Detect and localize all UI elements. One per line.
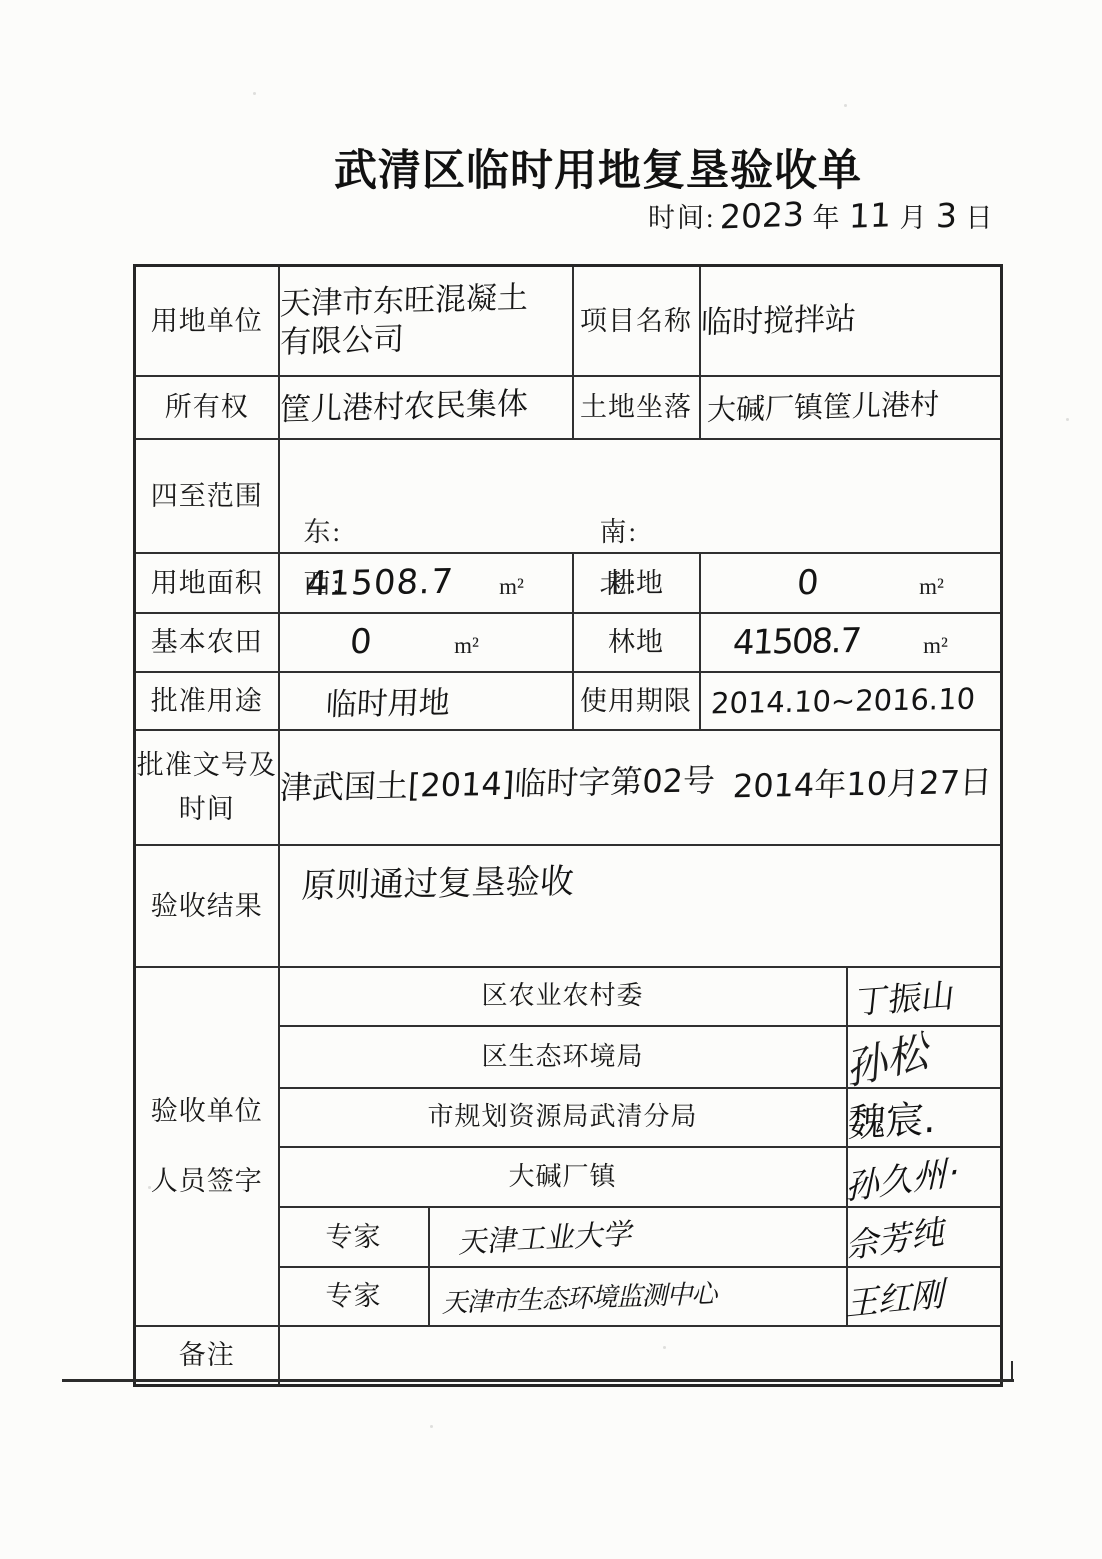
use-period-label: 使用期限 xyxy=(573,672,700,730)
forest-value-cell: 41508.7 m² xyxy=(700,613,1002,672)
date-day-handwritten: 3 xyxy=(935,196,957,236)
row-approval-doc: 批准文号及 时间 津武国土[2014]临时字第02号 2014年10月27日 xyxy=(135,730,1002,845)
date-year-unit: 年 xyxy=(813,196,840,235)
signature-agriculture: 丁振山 xyxy=(853,969,957,1023)
ownership-label: 所有权 xyxy=(135,376,279,439)
forest-value: 41508.7 xyxy=(731,621,860,663)
land-user-value-cell: 天津市东旺混凝土 有限公司 xyxy=(279,266,573,376)
scan-speck xyxy=(844,104,847,107)
row-approved-use: 批准用途 临时用地 使用期限 2014.10~2016.10 xyxy=(135,672,1002,730)
signature-cell-planning: 魏宸. xyxy=(847,1088,1002,1147)
scan-speck xyxy=(1066,418,1069,421)
land-area-value: 41508.7 xyxy=(304,561,454,604)
date-month-handwritten: 11 xyxy=(848,195,891,236)
boundary-north: 北: xyxy=(600,562,639,601)
use-period-value: 2014.10~2016.10 xyxy=(710,681,976,720)
basic-farmland-value-cell: 0 m² xyxy=(279,613,573,672)
approved-use-value-cell: 临时用地 xyxy=(279,672,573,730)
signature-town: 孙久州· xyxy=(843,1143,966,1210)
row-result: 验收结果 原则通过复垦验收 xyxy=(135,845,1002,967)
cultivated-unit: m² xyxy=(919,574,944,599)
signature-ecology: 孙松 xyxy=(847,1015,933,1098)
row-boundary: 四至范围 东: 南: 西: 北: xyxy=(135,439,1002,553)
approved-use-value: 临时用地 xyxy=(324,677,450,724)
land-user-value-line2: 有限公司 xyxy=(279,319,404,362)
scan-speck xyxy=(462,643,465,646)
signature-cell-expert-2: 王红刚 xyxy=(847,1267,1002,1326)
location-value: 大碱厂镇筐儿港村 xyxy=(706,384,939,430)
signature-cell-ecology: 孙松 xyxy=(847,1026,1002,1088)
approval-doc-label-line2: 时间 xyxy=(136,787,278,831)
project-label: 项目名称 xyxy=(573,266,700,376)
land-area-label: 用地面积 xyxy=(135,553,279,613)
cultivated-value-cell: 0 m² xyxy=(700,553,1002,613)
location-value-cell: 大碱厂镇筐儿港村 xyxy=(700,376,1002,439)
signers-label-line1: 验收单位 xyxy=(136,1089,278,1133)
approval-doc-value-cell: 津武国土[2014]临时字第02号 2014年10月27日 xyxy=(279,730,1002,845)
expert-1-label: 专家 xyxy=(279,1207,429,1267)
project-value-cell: 临时搅拌站 xyxy=(700,266,1002,376)
scan-artifact-bottom-line xyxy=(62,1379,1014,1382)
use-period-value-cell: 2014.10~2016.10 xyxy=(700,672,1002,730)
scan-speck xyxy=(430,1425,433,1428)
approval-doc-label: 批准文号及 时间 xyxy=(135,730,279,845)
ownership-value: 筐儿港村农民集体 xyxy=(279,384,528,431)
ownership-value-cell: 筐儿港村农民集体 xyxy=(279,376,573,439)
signature-cell-expert-1: 佘芳纯 xyxy=(847,1207,1002,1267)
result-label: 验收结果 xyxy=(135,845,279,967)
boundary-east: 东: xyxy=(304,510,343,549)
expert-2-org-cell: 天津市生态环境监测中心 xyxy=(429,1267,847,1326)
date-day-unit: 日 xyxy=(966,196,993,235)
signers-label: 验收单位 人员签字 xyxy=(135,967,279,1326)
signer-org-town: 大碱厂镇 xyxy=(279,1147,847,1207)
signature-planning: 魏宸. xyxy=(846,1087,937,1147)
signer-org-agriculture: 区农业农村委 xyxy=(279,967,847,1026)
scan-speck xyxy=(253,92,256,95)
remark-value-cell xyxy=(279,1326,1002,1386)
location-label: 土地坐落 xyxy=(573,376,700,439)
row-land-area: 用地面积 41508.7 m² 耕地 0 m² xyxy=(135,553,1002,613)
forest-label: 林地 xyxy=(573,613,700,672)
expert-1-org-cell: 天津工业大学 xyxy=(429,1207,847,1267)
page-title: 武清区临时用地复垦验收单 xyxy=(334,137,862,198)
boundary-label: 四至范围 xyxy=(135,439,279,553)
acceptance-form-table: 用地单位 天津市东旺混凝土 有限公司 项目名称 临时搅拌站 所有权 筐儿港村农民… xyxy=(133,264,1003,1387)
basic-farmland-value: 0 xyxy=(348,622,373,662)
scanned-form-page: 武清区临时用地复垦验收单 时间: 2023 年 11 月 3 日 用地单位 天津… xyxy=(0,0,1102,1559)
land-user-label: 用地单位 xyxy=(135,266,279,376)
basic-farmland-unit: m² xyxy=(454,633,479,658)
scan-artifact-right-tick xyxy=(1011,1361,1013,1381)
date-year-handwritten: 2023 xyxy=(719,194,804,236)
remark-label: 备注 xyxy=(135,1326,279,1386)
row-land-user: 用地单位 天津市东旺混凝土 有限公司 项目名称 临时搅拌站 xyxy=(135,266,1002,376)
boundary-south: 南: xyxy=(600,510,639,549)
signature-expert-1: 佘芳纯 xyxy=(845,1204,949,1268)
row-ownership: 所有权 筐儿港村农民集体 土地坐落 大碱厂镇筐儿港村 xyxy=(135,376,1002,439)
cultivated-value: 0 xyxy=(795,562,820,602)
basic-farmland-label: 基本农田 xyxy=(135,613,279,672)
date-line: 时间: 2023 年 11 月 3 日 xyxy=(648,196,998,235)
signer-org-planning: 市规划资源局武清分局 xyxy=(279,1088,847,1147)
row-signer-agriculture: 验收单位 人员签字 区农业农村委 丁振山 xyxy=(135,967,1002,1026)
forest-unit: m² xyxy=(923,633,948,658)
expert-2-org: 天津市生态环境监测中心 xyxy=(440,1273,723,1320)
expert-2-label: 专家 xyxy=(279,1267,429,1326)
signer-org-ecology: 区生态环境局 xyxy=(279,1026,847,1088)
approval-doc-label-line1: 批准文号及 xyxy=(136,743,278,787)
approval-doc-value-line1: 津武国土[2014]临时字第02号 xyxy=(278,755,715,809)
row-remark: 备注 xyxy=(135,1326,1002,1386)
expert-1-org: 天津工业大学 xyxy=(456,1211,636,1262)
date-month-unit: 月 xyxy=(900,196,927,235)
approval-doc-value-line2: 2014年10月27日 xyxy=(731,757,992,808)
signers-label-line2: 人员签字 xyxy=(136,1159,278,1203)
land-area-unit: m² xyxy=(499,574,524,599)
result-value-cell: 原则通过复垦验收 xyxy=(279,845,1002,967)
date-label: 时间: xyxy=(648,196,716,235)
boundary-value-cell: 东: 南: 西: 北: xyxy=(279,439,1002,553)
row-basic-farmland: 基本农田 0 m² 林地 41508.7 m² xyxy=(135,613,1002,672)
result-value: 原则通过复垦验收 xyxy=(300,853,575,907)
scan-speck xyxy=(663,1346,666,1349)
signature-expert-2: 王红刚 xyxy=(843,1267,952,1326)
land-user-value-line1: 天津市东旺混凝土 xyxy=(279,277,528,324)
approved-use-label: 批准用途 xyxy=(135,672,279,730)
signature-cell-town: 孙久州· xyxy=(847,1147,1002,1207)
project-value: 临时搅拌站 xyxy=(700,299,856,343)
scan-speck xyxy=(148,1186,151,1189)
